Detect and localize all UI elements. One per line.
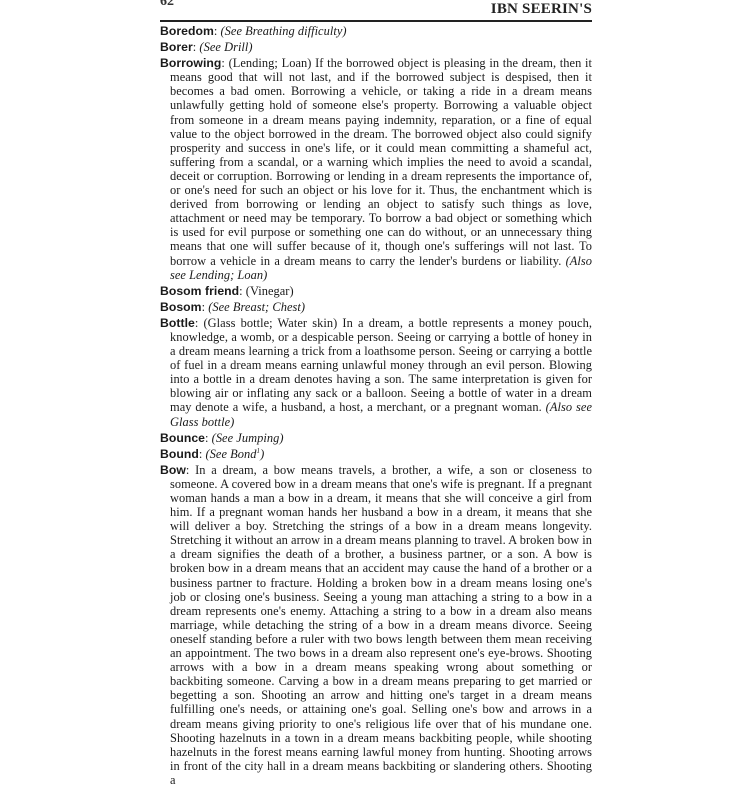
entry-bow: Bow: In a dream, a bow means travels, a …	[160, 463, 592, 787]
cross-reference: (See Jumping)	[212, 431, 284, 445]
dictionary-entries: Boredom: (See Breathing difficulty) Bore…	[160, 24, 592, 787]
entry-body: In a dream, a bow means travels, a broth…	[170, 463, 592, 787]
headword: Bottle	[160, 316, 195, 330]
entry-body: (Glass bottle; Water skin) In a dream, a…	[170, 316, 592, 415]
running-header: 62 IBN SEERIN'S	[160, 0, 592, 22]
entry-bosom-friend: Bosom friend: (Vinegar)	[160, 284, 592, 298]
entry-bounce: Bounce: (See Jumping)	[160, 431, 592, 445]
running-title: IBN SEERIN'S	[491, 1, 592, 18]
entry-bottle: Bottle: (Glass bottle; Water skin) In a …	[160, 316, 592, 429]
book-page: 62 IBN SEERIN'S Boredom: (See Breathing …	[160, 0, 592, 787]
headword: Bow	[160, 463, 186, 477]
headword: Borer	[160, 40, 193, 54]
cross-reference-close: )	[260, 447, 264, 461]
headword: Bosom friend	[160, 284, 239, 298]
cross-reference: (See Breathing difficulty)	[220, 24, 346, 38]
separator: :	[205, 431, 212, 445]
headword: Boredom	[160, 24, 214, 38]
entry-body: (Lending; Loan) If the borrowed object i…	[170, 56, 592, 267]
cross-reference: (See Bond1)	[205, 447, 264, 461]
cross-reference: (See Breast; Chest)	[208, 300, 305, 314]
separator: :	[221, 56, 228, 70]
page-number: 62	[160, 0, 174, 10]
cross-reference-text: (See Bond	[205, 447, 256, 461]
entry-borer: Borer: (See Drill)	[160, 40, 592, 54]
headword: Borrowing	[160, 56, 221, 70]
cross-reference: (See Drill)	[199, 40, 252, 54]
separator: :	[239, 284, 246, 298]
entry-bound: Bound: (See Bond1)	[160, 447, 592, 461]
entry-boredom: Boredom: (See Breathing difficulty)	[160, 24, 592, 38]
entry-body: (Vinegar)	[246, 284, 294, 298]
headword: Bosom	[160, 300, 202, 314]
entry-bosom: Bosom: (See Breast; Chest)	[160, 300, 592, 314]
separator: :	[186, 463, 195, 477]
headword: Bound	[160, 447, 199, 461]
headword: Bounce	[160, 431, 205, 445]
entry-borrowing: Borrowing: (Lending; Loan) If the borrow…	[160, 56, 592, 282]
